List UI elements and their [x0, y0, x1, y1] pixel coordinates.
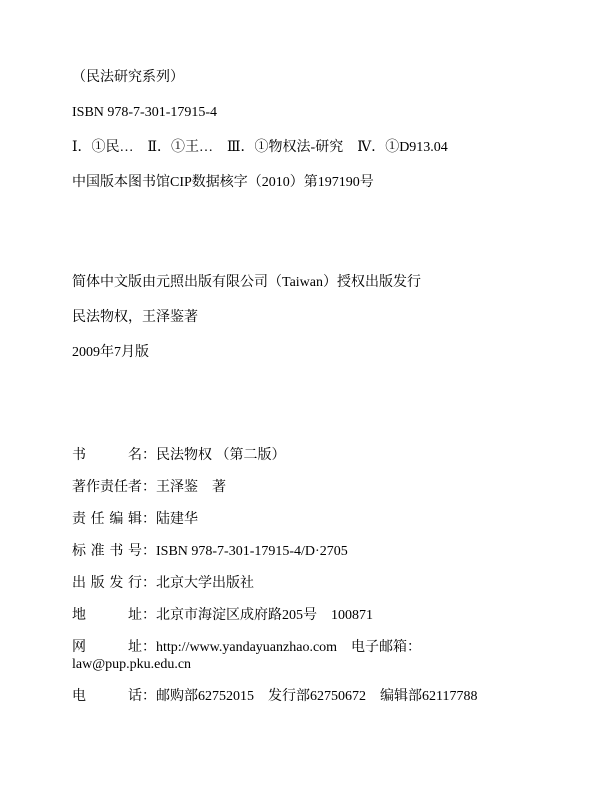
- info-row-isbn: 标 准 书 号：ISBN 978-7-301-17915-4/D·2705: [72, 543, 540, 560]
- row-label: 著作责任者: [72, 479, 142, 496]
- info-row-website: 网 址：http://www.yandayuanzhao.com 电子邮箱：la…: [72, 639, 540, 673]
- row-value: ISBN 978-7-301-17915-4/D·2705: [156, 544, 348, 559]
- row-label: 网 址: [72, 639, 142, 656]
- row-colon: ：: [142, 640, 156, 655]
- info-row-address: 地 址：北京市海淀区成府路205号 100871: [72, 607, 540, 624]
- info-row-publisher: 出 版 发 行：北京大学出版社: [72, 575, 540, 592]
- website-url-text: http://www.yandayuanzhao.com 电子邮箱：: [156, 640, 421, 655]
- row-label: 电 话: [72, 688, 142, 705]
- row-value: 邮购部62752015 发行部62750672 编辑部62117788: [156, 689, 477, 704]
- vertical-spacer: [72, 379, 540, 447]
- row-label: 出 版 发 行: [72, 575, 142, 592]
- info-row-book-title: 书 名：民法物权 （第二版）: [72, 447, 540, 464]
- series-note: （民法研究系列）: [72, 69, 540, 86]
- row-value: 北京市海淀区成府路205号 100871: [156, 608, 373, 623]
- isbn-line: ISBN 978-7-301-17915-4: [72, 104, 540, 121]
- row-label: 标 准 书 号: [72, 543, 142, 560]
- row-value: 民法物权 （第二版）: [156, 448, 286, 463]
- info-row-editor: 责 任 编 辑：陆建华: [72, 511, 540, 528]
- row-colon: ：: [142, 608, 156, 623]
- original-edition-line: 2009年7月版: [72, 344, 540, 361]
- cip-section: （民法研究系列） ISBN 978-7-301-17915-4 Ⅰ．①民… Ⅱ．…: [72, 69, 540, 191]
- row-value: 陆建华: [156, 512, 198, 527]
- cip-classification-line: Ⅰ．①民… Ⅱ．①王… Ⅲ．①物权法-研究 Ⅳ．①D913.04: [72, 139, 540, 156]
- row-label: 地 址: [72, 607, 142, 624]
- row-value: 北京大学出版社: [156, 576, 254, 591]
- vertical-spacer: [72, 209, 540, 274]
- cip-record-line: 中国版本图书馆CIP数据核字（2010）第197190号: [72, 174, 540, 191]
- row-colon: ：: [142, 480, 156, 495]
- original-work-line: 民法物权，王泽鉴著: [72, 309, 540, 326]
- row-colon: ：: [142, 576, 156, 591]
- row-colon: ：: [142, 689, 156, 704]
- row-value: 王泽鉴 著: [156, 480, 226, 495]
- info-row-phone: 电 话：邮购部62752015 发行部62750672 编辑部62117788: [72, 688, 540, 705]
- info-row-author: 著作责任者：王泽鉴 著: [72, 479, 540, 496]
- row-label: 责 任 编 辑: [72, 511, 142, 528]
- row-label: 书 名: [72, 447, 142, 464]
- copyright-page: （民法研究系列） ISBN 978-7-301-17915-4 Ⅰ．①民… Ⅱ．…: [0, 0, 612, 792]
- row-colon: ：: [142, 448, 156, 463]
- license-section: 简体中文版由元照出版有限公司（Taiwan）授权出版发行 民法物权，王泽鉴著 2…: [72, 274, 540, 361]
- authorization-line: 简体中文版由元照出版有限公司（Taiwan）授权出版发行: [72, 274, 540, 291]
- row-colon: ：: [142, 512, 156, 527]
- row-colon: ：: [142, 544, 156, 559]
- email-text: law@pup.pku.edu.cn: [72, 657, 191, 672]
- publication-info-section: 书 名：民法物权 （第二版） 著作责任者：王泽鉴 著 责 任 编 辑：陆建华 标…: [72, 447, 540, 705]
